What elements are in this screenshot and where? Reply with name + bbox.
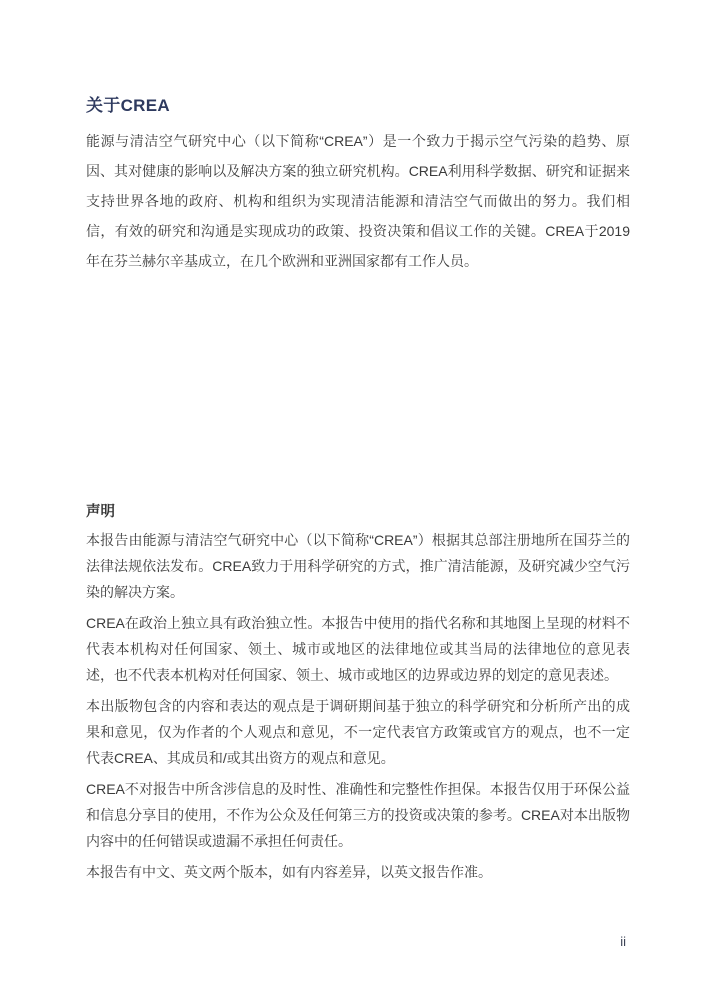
- disclaimer-paragraph-2: CREA在政治上独立具有政治独立性。本报告中使用的指代名称和其地图上呈现的材料不…: [86, 610, 630, 688]
- disclaimer-heading: 声明: [86, 502, 630, 522]
- document-page: 关于CREA 能源与清洁空气研究中心（以下简称“CREA”）是一个致力于揭示空气…: [0, 0, 710, 1003]
- page-content: 关于CREA 能源与清洁空气研究中心（以下简称“CREA”）是一个致力于揭示空气…: [0, 0, 710, 885]
- disclaimer-paragraph-4: CREA不对报告中所含涉信息的及时性、准确性和完整性作担保。本报告仅用于环保公益…: [86, 776, 630, 854]
- about-crea-heading: 关于CREA: [86, 94, 630, 118]
- disclaimer-paragraph-1: 本报告由能源与清洁空气研究中心（以下简称“CREA”）根据其总部注册地所在国芬兰…: [86, 527, 630, 605]
- disclaimer-paragraph-5: 本报告有中文、英文两个版本，如有内容差异，以英文报告作准。: [86, 859, 630, 885]
- disclaimer-paragraph-3: 本出版物包含的内容和表达的观点是于调研期间基于独立的科学研究和分析所产出的成果和…: [86, 693, 630, 771]
- page-number: ii: [620, 934, 626, 950]
- about-crea-paragraph: 能源与清洁空气研究中心（以下简称“CREA”）是一个致力于揭示空气污染的趋势、原…: [86, 126, 630, 276]
